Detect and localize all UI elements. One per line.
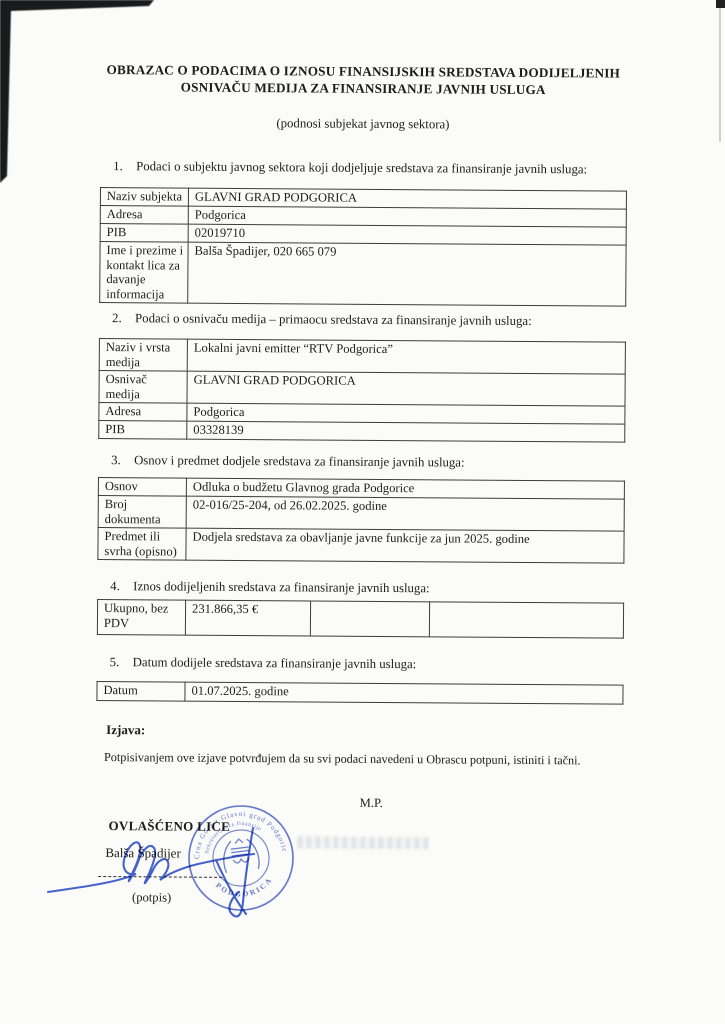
section-heading-5: 5.Datum dodijele sredstava za finansiran… xyxy=(110,655,417,672)
row-value: 02-016/25-204, od 26.02.2025. godine xyxy=(186,496,624,531)
section-number: 2. xyxy=(112,311,135,326)
row-value: 231.866,35 € xyxy=(185,600,310,636)
table-row: Predmet ili svrha (opisno) Dodjela sreds… xyxy=(98,528,624,564)
scan-corner-artifact xyxy=(0,0,210,200)
signature-cross-stroke xyxy=(216,860,246,914)
section-text: Datum dodijele sredstava za finansiranje… xyxy=(133,655,417,671)
scan-edge-line xyxy=(719,7,721,142)
section-heading-3: 3.Osnov i predmet dodjele sredstava za f… xyxy=(111,453,465,470)
empty-cell xyxy=(429,602,623,638)
row-label: Naziv i vrsta medija xyxy=(99,338,187,371)
date-table: Datum 01.07.2025. godine xyxy=(96,681,623,705)
section-number: 5. xyxy=(110,655,133,670)
row-value: Lokalni javni emitter “RTV Podgorica” xyxy=(187,339,625,374)
signature-main-stroke xyxy=(48,842,254,892)
table-row: Ime i prezime i kontakt lica za davanje … xyxy=(100,242,626,307)
section-text: Osnov i predmet dodjele sredstava za fin… xyxy=(134,453,465,469)
row-label: Adresa xyxy=(100,206,188,225)
basis-table: Osnov Odluka o budžetu Glavnog grada Pod… xyxy=(97,477,625,564)
row-label: PIB xyxy=(99,420,187,438)
row-label: Osnov xyxy=(98,477,186,496)
signature-descender-stroke xyxy=(229,828,253,916)
row-value: Dodjela sredstava za obavljanje javne fu… xyxy=(186,528,624,563)
table-row: Ukupno, bez PDV 231.866,35 € xyxy=(97,599,623,638)
table-row: Naziv i vrsta medija Lokalni javni emitt… xyxy=(99,338,625,374)
section-text: Podaci o osnivaču medija – primaocu sred… xyxy=(135,311,532,328)
row-label: Broj dokumenta xyxy=(98,495,186,528)
declaration-label: Izjava: xyxy=(106,722,145,738)
row-label: Predmet ili svrha (opisno) xyxy=(98,528,186,561)
row-value: GLAVNI GRAD PODGORICA xyxy=(187,371,625,406)
scanned-document-page: OBRAZAC O PODACIMA O IZNOSU FINANSIJSKIH… xyxy=(0,0,725,1024)
media-table: Naziv i vrsta medija Lokalni javni emitt… xyxy=(98,338,626,442)
row-label: Datum xyxy=(97,681,185,701)
row-label: Adresa xyxy=(99,403,187,421)
handwritten-signature xyxy=(40,818,300,930)
table-row: Osnivač medija GLAVNI GRAD PODGORICA xyxy=(99,371,625,407)
stamp-place-label: M.P. xyxy=(0,793,721,813)
section-heading-4: 4.Iznos dodijeljenih sredstava za finans… xyxy=(110,579,429,596)
row-value: Balša Špadijer, 020 665 079 xyxy=(188,242,626,306)
row-label: Osnivač medija xyxy=(99,371,187,404)
row-value: 01.07.2025. godine xyxy=(185,682,623,704)
section-number: 4. xyxy=(110,579,133,594)
table-row: Datum 01.07.2025. godine xyxy=(97,681,623,704)
row-label: PIB xyxy=(100,224,188,243)
section-text: Iznos dodijeljenih sredstava za finansir… xyxy=(133,579,429,595)
row-label: Ukupno, bez PDV xyxy=(97,599,185,635)
bleedthrough-smudge xyxy=(297,836,429,849)
row-label: Ime i prezime i kontakt lica za davanje … xyxy=(100,242,188,304)
amount-table: Ukupno, bez PDV 231.866,35 € xyxy=(97,599,624,639)
declaration-text: Potpisivanjem ove izjave potvrđujem da s… xyxy=(104,750,581,768)
table-row: PIB 03328139 xyxy=(99,420,625,441)
subject-table: Naziv subjekta GLAVNI GRAD PODGORICA Adr… xyxy=(99,187,627,307)
row-value: 03328139 xyxy=(187,421,625,442)
table-row: Broj dokumenta 02-016/25-204, od 26.02.2… xyxy=(98,495,624,531)
empty-cell xyxy=(310,601,429,637)
section-heading-2: 2.Podaci o osnivaču medija – primaocu sr… xyxy=(112,311,532,329)
section-number: 3. xyxy=(111,453,134,468)
